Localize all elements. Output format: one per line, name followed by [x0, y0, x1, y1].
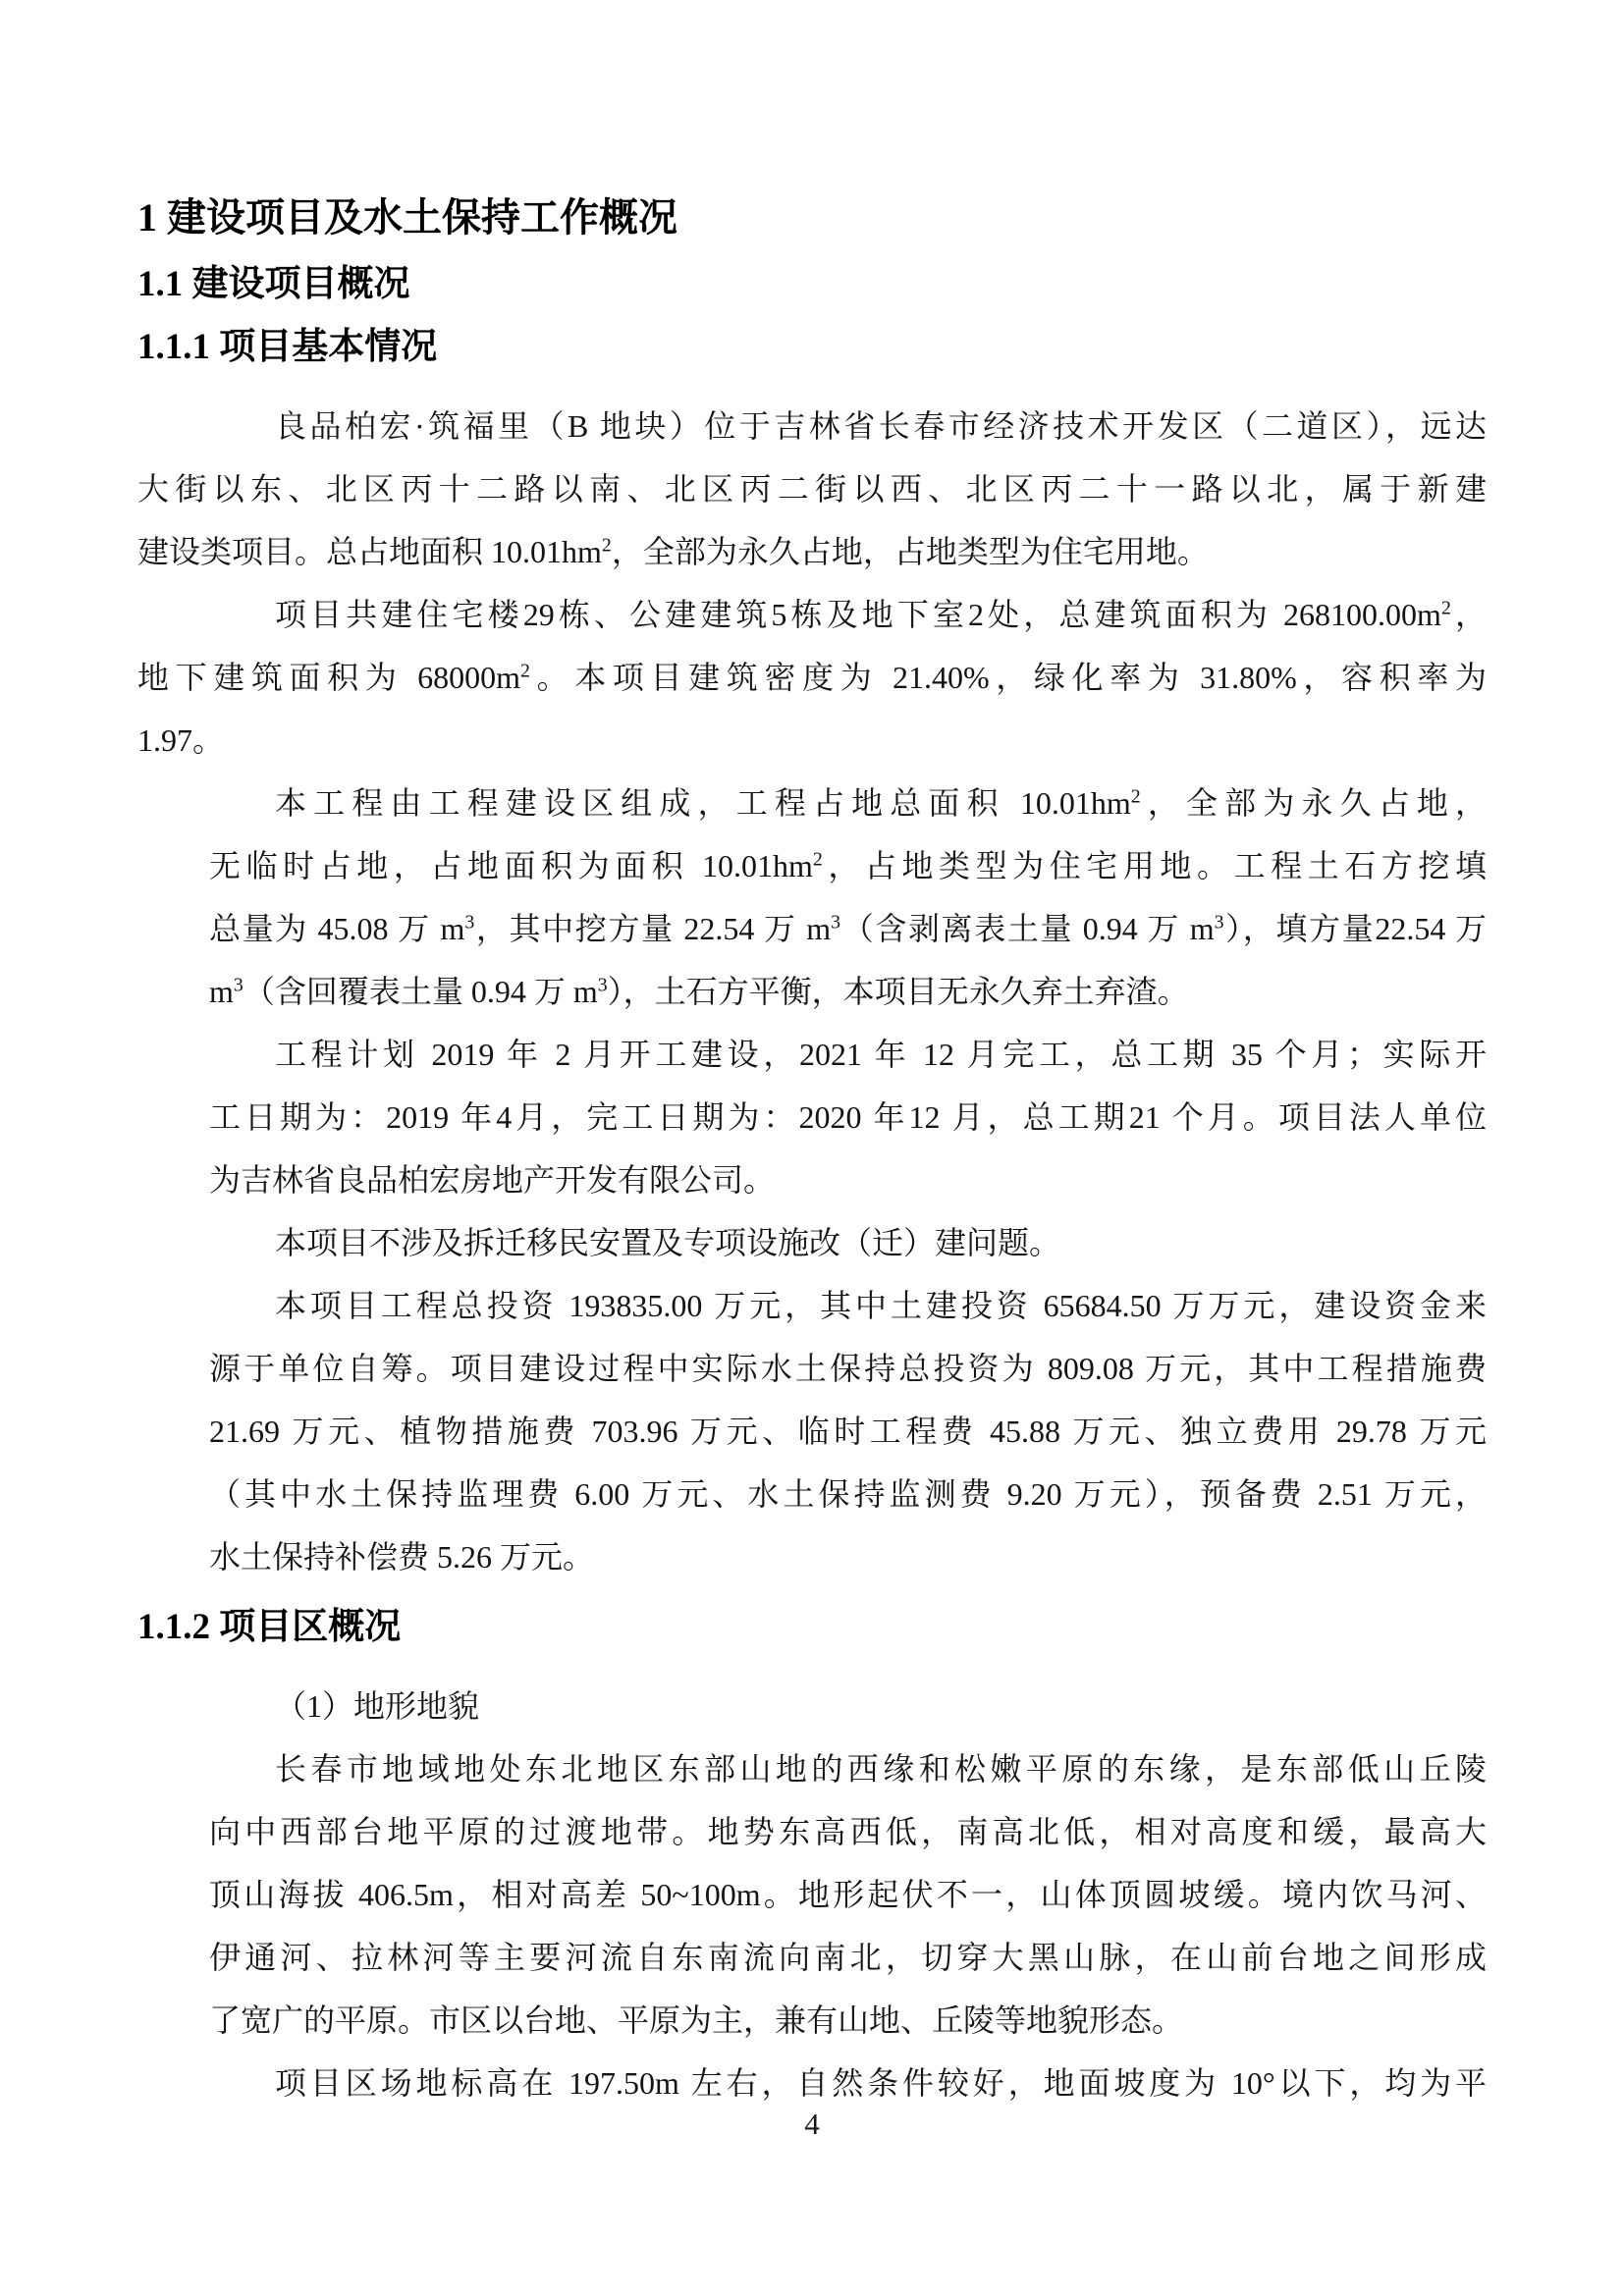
paragraph-line: 地下建筑面积为 68000m2。本项目建筑密度为 21.40%，绿化率为 31.… — [137, 646, 1487, 709]
subsubsection-heading: 1.1.1 项目基本情况 — [137, 324, 1487, 371]
paragraph-line: m3（含回覆表土量 0.94 万 m3），土石方平衡，本项目无永久弃土弃渣。 — [137, 960, 1487, 1023]
paragraph-line: 良品柏宏·筑福里（B 地块）位于吉林省长春市经济技术开发区（二道区），远达 — [137, 395, 1487, 457]
document-content: 1 建设项目及水土保持工作概况1.1 建设项目概况1.1.1 项目基本情况良品柏… — [137, 192, 1487, 2114]
paragraph-line: 工日期为：2019 年4月，完工日期为：2020 年12 月，总工期21 个月。… — [137, 1086, 1487, 1148]
superscript: 3 — [1215, 911, 1224, 933]
paragraph-line: 顶山海拔 406.5m，相对高差 50~100m。地形起伏不一，山体顶圆坡缓。境… — [137, 1863, 1487, 1926]
paragraph-line: 向中西部台地平原的过渡地带。地势东高西低，南高北低，相对高度和缓，最高大 — [137, 1800, 1487, 1863]
paragraph-line: 项目共建住宅楼29栋、公建建筑5栋及地下室2处，总建筑面积为 268100.00… — [137, 583, 1487, 646]
paragraph-line: 本工程由工程建设区组成，工程占地总面积 10.01hm2，全部为永久占地， — [137, 772, 1487, 834]
paragraph-line: 伊通河、拉林河等主要河流自东南流向南北，切穿大黑山脉，在山前台地之间形成 — [137, 1926, 1487, 1989]
superscript: 2 — [813, 848, 823, 870]
section-heading: 1 建设项目及水土保持工作概况 — [137, 192, 1487, 243]
paragraph-line: 本项目不涉及拆迁移民安置及专项设施改（迁）建问题。 — [137, 1211, 1487, 1274]
paragraph-line: 了宽广的平原。市区以台地、平原为主，兼有山地、丘陵等地貌形态。 — [137, 1989, 1487, 2052]
superscript: 2 — [520, 660, 530, 681]
page-number: 4 — [0, 2107, 1624, 2142]
paragraph-line: 总量为 45.08 万 m3，其中挖方量 22.54 万 m3（含剥离表土量 0… — [137, 897, 1487, 960]
paragraph-line: 1.97。 — [137, 709, 1487, 772]
paragraph-line: 为吉林省良品柏宏房地产开发有限公司。 — [137, 1148, 1487, 1211]
superscript: 3 — [234, 974, 244, 995]
paragraph-line: 建设类项目。总占地面积 10.01hm2，全部为永久占地，占地类型为住宅用地。 — [137, 520, 1487, 583]
paragraph-line: 21.69 万元、植物措施费 703.96 万元、临时工程费 45.88 万元、… — [137, 1400, 1487, 1463]
paragraph-line: 源于单位自筹。项目建设过程中实际水土保持总投资为 809.08 万元，其中工程措… — [137, 1337, 1487, 1400]
superscript: 3 — [831, 911, 840, 933]
paragraph-line: （1）地形地貌 — [137, 1675, 1487, 1737]
paragraph-line: 本项目工程总投资 193835.00 万元，其中土建投资 65684.50 万万… — [137, 1274, 1487, 1337]
paragraph-line: 项目区场地标高在 197.50m 左右，自然条件较好，地面坡度为 10°以下，均… — [137, 2052, 1487, 2114]
subsection-heading: 1.1 建设项目概况 — [137, 261, 1487, 308]
paragraph-line: 工程计划 2019 年 2 月开工建设，2021 年 12 月完工，总工期 35… — [137, 1023, 1487, 1086]
subsubsection-heading: 1.1.2 项目区概况 — [137, 1604, 1487, 1651]
paragraph-line: 水土保持补偿费 5.26 万元。 — [137, 1525, 1487, 1588]
paragraph-line: 长春市地域地处东北地区东部山地的西缘和松嫩平原的东缘，是东部低山丘陵 — [137, 1737, 1487, 1800]
document-page: 1 建设项目及水土保持工作概况1.1 建设项目概况1.1.1 项目基本情况良品柏… — [0, 0, 1624, 2296]
paragraph-line: （其中水土保持监理费 6.00 万元、水土保持监测费 9.20 万元），预备费 … — [137, 1463, 1487, 1525]
superscript: 3 — [598, 974, 608, 995]
paragraph-line: 大街以东、北区丙十二路以南、北区丙二街以西、北区丙二十一路以北，属于新建 — [137, 457, 1487, 520]
superscript: 2 — [1131, 785, 1141, 807]
superscript: 2 — [602, 534, 612, 556]
superscript: 2 — [1441, 597, 1451, 618]
superscript: 3 — [464, 911, 474, 933]
paragraph-line: 无临时占地，占地面积为面积 10.01hm2，占地类型为住宅用地。工程土石方挖填 — [137, 834, 1487, 897]
